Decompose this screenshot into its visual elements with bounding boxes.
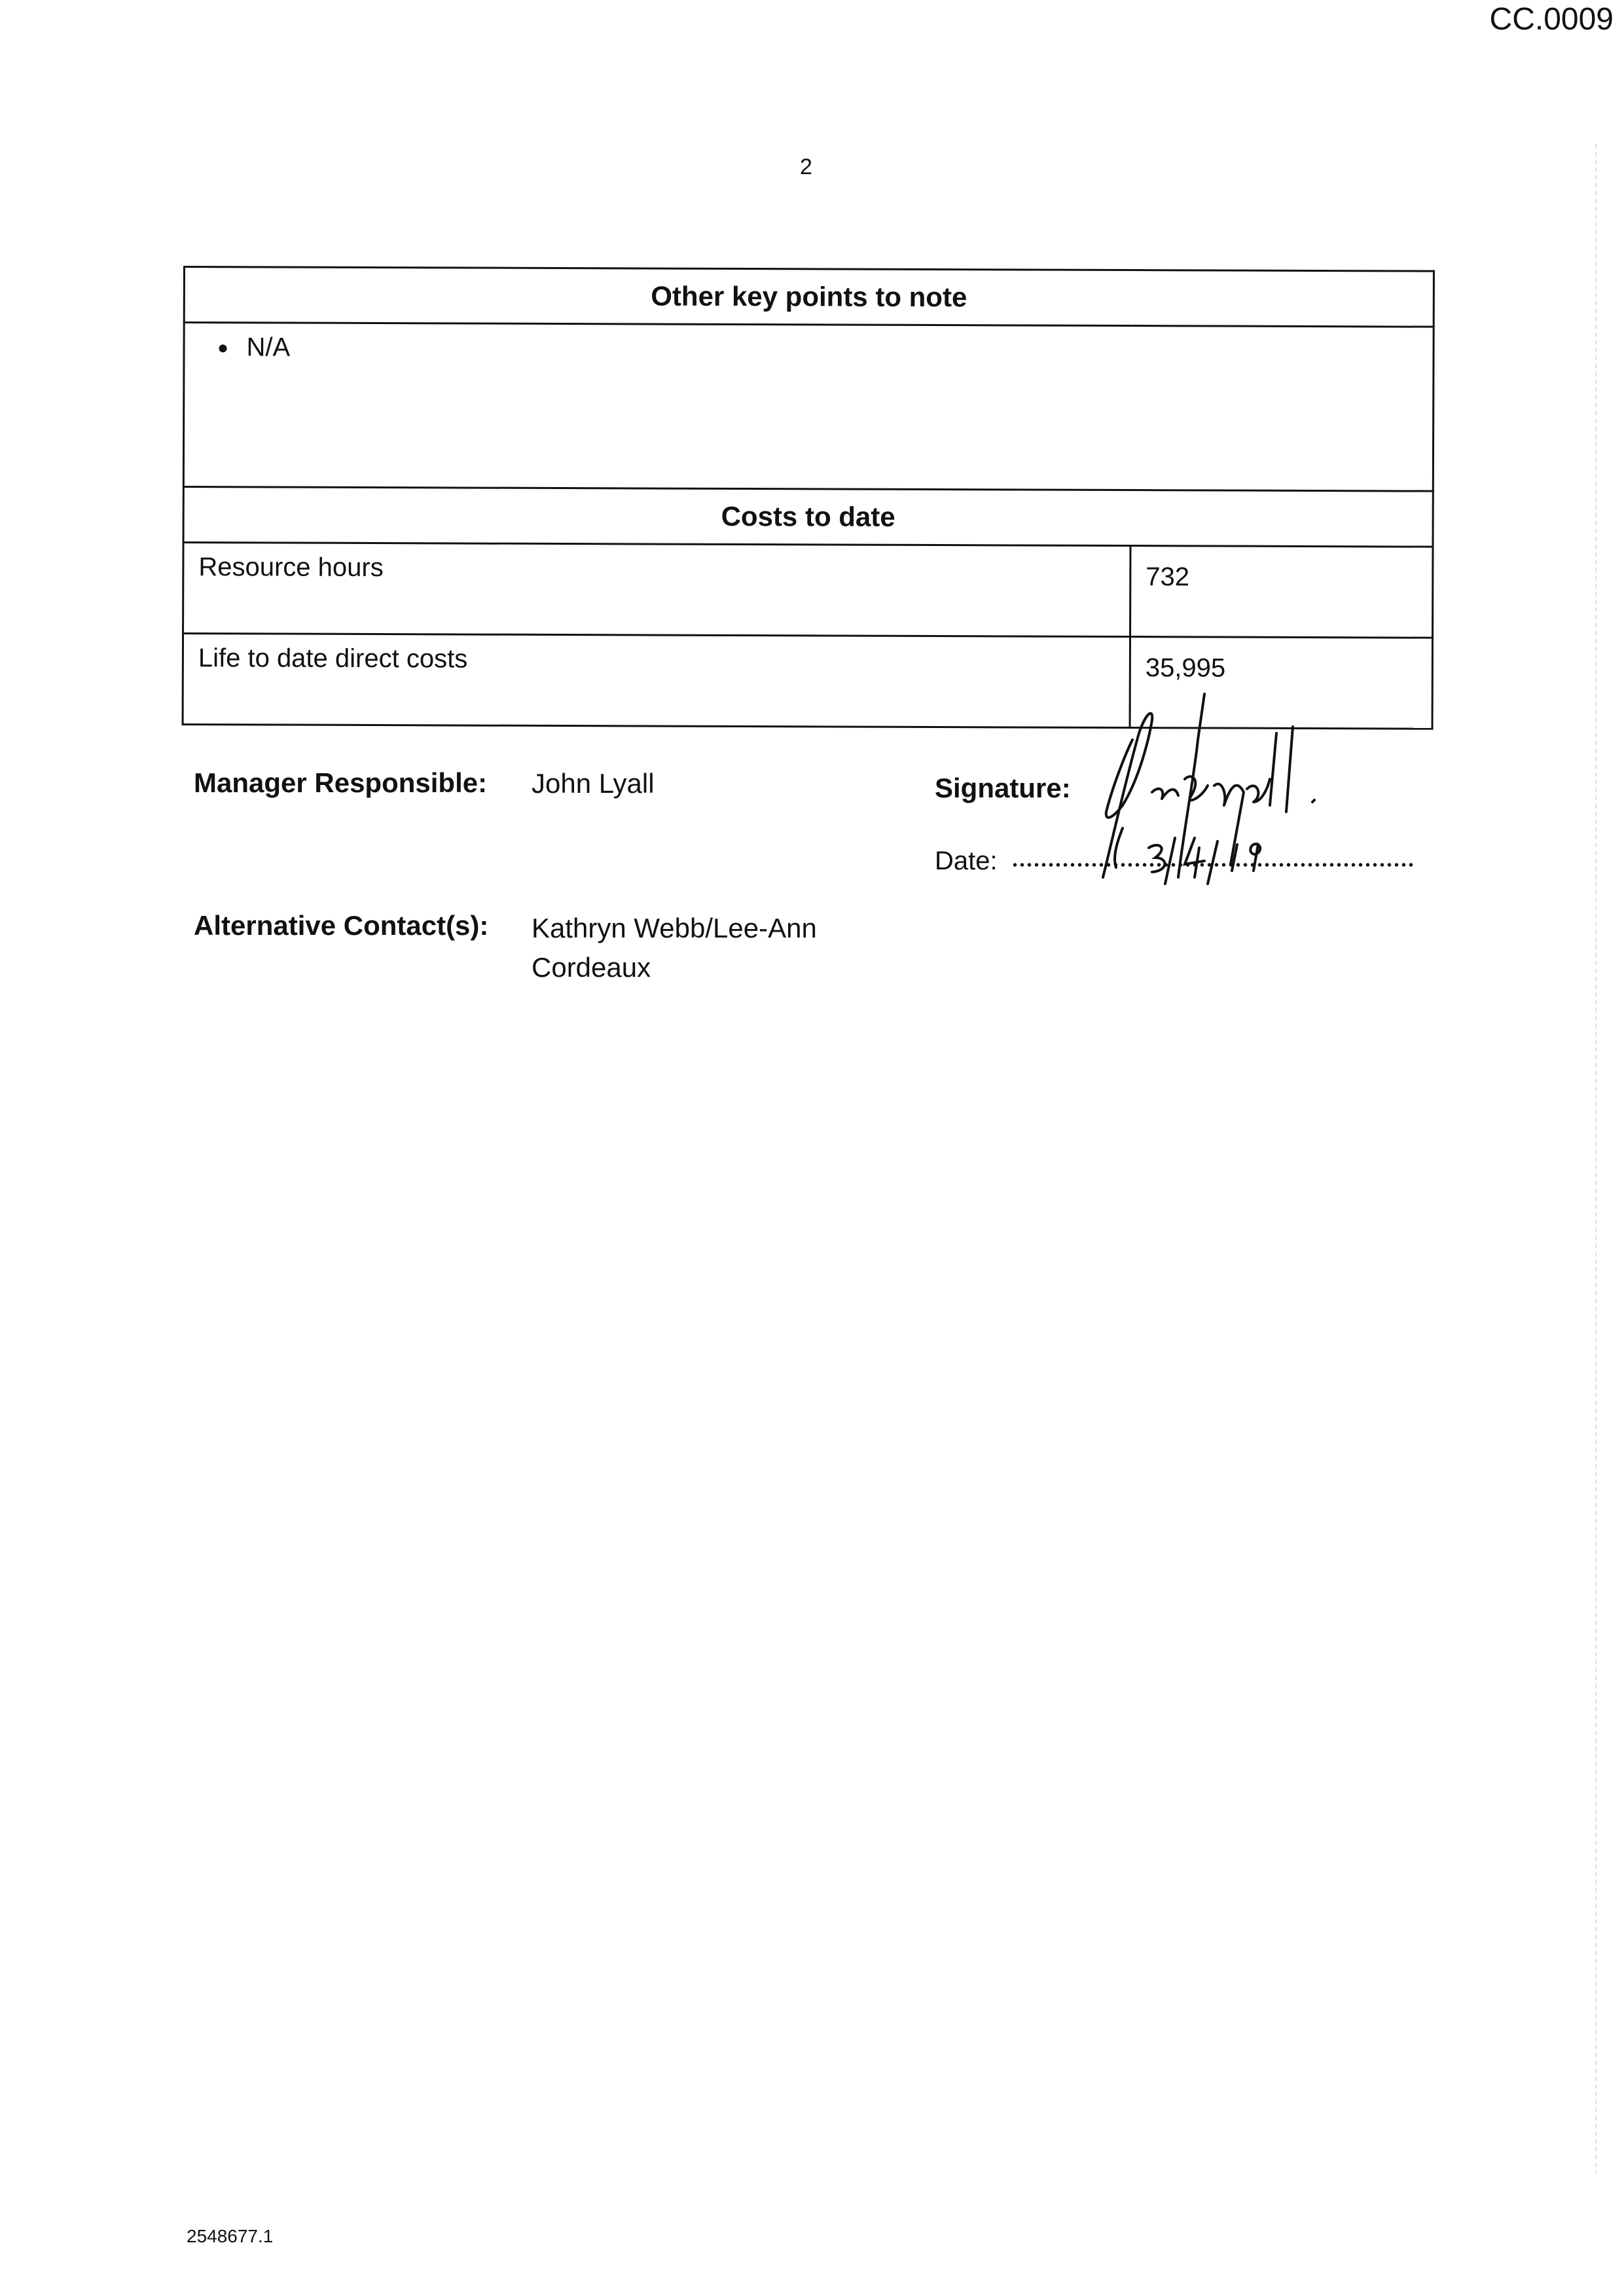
other-key-points-body: N/A (183, 323, 1434, 492)
direct-costs-label: Life to date direct costs (183, 634, 1130, 728)
alternative-contacts-label: Alternative Contact(s): (194, 910, 488, 941)
key-point-item: N/A (238, 333, 1419, 366)
alternative-contacts-value-line1: Kathryn Webb/Lee-Ann (532, 909, 817, 948)
resource-hours-value: 732 (1130, 546, 1433, 638)
manager-responsible-value: John Lyall (532, 764, 655, 803)
manager-responsible-label: Manager Responsible: (194, 767, 487, 799)
key-points-list: N/A (198, 333, 1419, 367)
table-row: Resource hours 732 (183, 543, 1433, 638)
costs-to-date-header: Costs to date (183, 487, 1433, 547)
footer-reference: 2548677.1 (187, 2226, 273, 2247)
signature-label: Signature: (935, 773, 1071, 804)
other-key-points-header: Other key points to note (184, 267, 1434, 327)
page-number: 2 (800, 155, 812, 180)
form-table: Other key points to note N/A Costs to da… (182, 266, 1435, 730)
document-id: CC.0009 (1490, 1, 1614, 37)
alternative-contacts-value-line2: Cordeaux (532, 948, 651, 987)
resource-hours-label: Resource hours (183, 543, 1130, 637)
date-label: Date: (935, 841, 998, 881)
scan-edge-line (1595, 144, 1597, 2174)
date-field-dotted-line (1011, 862, 1414, 868)
